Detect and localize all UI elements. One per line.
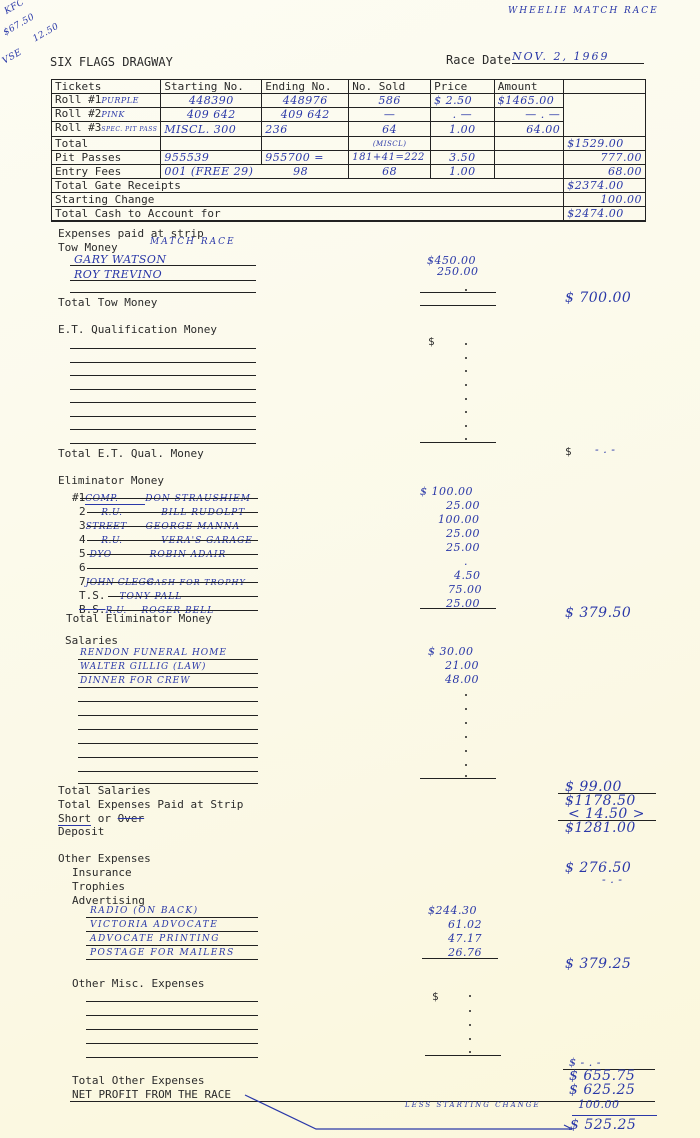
advertising-entry-name: RADIO (ON BACK)	[90, 906, 199, 916]
col-header-starting: Starting No.	[161, 80, 262, 94]
tickets-table: Tickets Starting No. Ending No. No. Sold…	[51, 79, 646, 222]
net-profit-label: NET PROFIT FROM THE RACE	[72, 1088, 231, 1101]
list-item: B.S.R.U.ROGER BELL	[72, 598, 262, 612]
misc-expenses-label: Other Misc. Expenses	[72, 977, 204, 990]
row-label: Roll #1PURPLE	[52, 94, 161, 108]
advertising-entry-name: ADVOCATE PRINTING	[90, 934, 220, 944]
col-header-ending: Ending No.	[262, 80, 349, 94]
table-header-row: Tickets Starting No. Ending No. No. Sold…	[52, 80, 646, 94]
tow-entry-amount: 250.00	[437, 265, 479, 278]
table-row: Pit Passes 955539 955700 = 181+41=222 3.…	[52, 151, 646, 165]
table-row: Total (MISCL) $1529.00	[52, 137, 646, 151]
table-row: Roll #2PINK 409 642 409 642 — . — — . —	[52, 108, 646, 122]
amount-value: $1465.00	[498, 94, 555, 107]
et-total-label: Total E.T. Qual. Money	[58, 447, 204, 460]
eliminator-total-value: $ 379.50	[565, 605, 631, 621]
arrow-connector-icon	[240, 1090, 580, 1130]
salary-entry-amount: $ 30.00	[428, 645, 474, 658]
price-value: $ 2.50	[434, 94, 472, 107]
eliminator-amounts: $ 100.00 25.00 100.00 25.00 25.00 . 4.50…	[420, 485, 490, 609]
list-item: T.S.TONY PALL	[72, 584, 262, 598]
final-profit-value: $ 525.25	[570, 1117, 636, 1133]
start-value: 448390	[189, 94, 234, 107]
eliminator-list: #1COMP.DON STRAUSHIEM 2 R.U.BILL RUDOLPT…	[72, 486, 262, 612]
et-total-dollar: $	[565, 445, 572, 458]
less-starting-change-value: 100.00	[578, 1098, 620, 1111]
et-qual-label: E.T. Qualification Money	[58, 323, 217, 336]
advertising-total: $ 379.25	[565, 956, 631, 972]
col-header-total	[564, 80, 646, 94]
sold-value: 586	[378, 94, 401, 107]
margin-note-kfc: KFC	[3, 0, 26, 17]
list-item: 5DYOROBIN ADAIR	[72, 542, 262, 556]
et-total-value: - . -	[595, 443, 615, 456]
summary-row-cash: Total Cash to Account for $2474.00	[52, 207, 646, 222]
summary-row-change: Starting Change 100.00	[52, 193, 646, 207]
margin-note-vse: VSE	[1, 47, 24, 66]
list-item: 6	[72, 556, 262, 570]
salaries-label: Salaries	[65, 634, 118, 647]
table-row: Roll #1PURPLE 448390 448976 586 $ 2.50 $…	[52, 94, 646, 108]
col-header-tickets: Tickets	[52, 80, 161, 94]
insurance-label: Insurance	[72, 866, 132, 879]
total-expenses-paid-label: Total Expenses Paid at Strip	[58, 798, 243, 811]
race-date-value: NOV. 2, 1969	[512, 50, 644, 64]
over-label: Over	[118, 812, 145, 825]
total-tow-value: $ 700.00	[565, 290, 631, 306]
advertising-entry-name: POSTAGE FOR MAILERS	[90, 948, 235, 958]
deposit-label: Deposit	[58, 825, 104, 838]
list-item: #1COMP.DON STRAUSHIEM	[72, 486, 262, 500]
list-item: 7JOHN CLEGGCASH FOR TROPHY	[72, 570, 262, 584]
col-header-amount: Amount	[494, 80, 564, 94]
margin-note-vse-amount: 12.50	[31, 22, 60, 45]
trophies-label: Trophies	[72, 880, 125, 893]
tow-money-note: MATCH RACE	[150, 237, 236, 247]
et-dollar: $	[428, 335, 435, 348]
salary-entry-amount: 48.00	[445, 673, 479, 686]
salary-entry-name: DINNER FOR CREW	[80, 676, 190, 686]
deposit-value: $1281.00	[565, 820, 636, 836]
short-label: Short	[58, 812, 91, 826]
table-row: Entry Fees 001 (FREE 29) 98 68 1.00 68.0…	[52, 165, 646, 179]
race-date-label: Race Date	[446, 53, 511, 67]
advertising-entry-amount: 47.17	[448, 932, 482, 945]
end-value: 448976	[283, 94, 328, 107]
trophies-value: - . -	[602, 873, 622, 886]
col-header-sold: No. Sold	[349, 80, 431, 94]
misc-dollar: $	[432, 990, 439, 1003]
total-tow-label: Total Tow Money	[58, 296, 157, 309]
event-note: WHEELIE MATCH RACE	[508, 6, 659, 16]
page-title: SIX FLAGS DRAGWAY	[50, 55, 173, 69]
tickets-total: $1529.00	[567, 137, 624, 150]
advertising-entry-name: VICTORIA ADVOCATE	[90, 920, 218, 930]
salary-entry-amount: 21.00	[445, 659, 479, 672]
total-other-expenses-label: Total Other Expenses	[72, 1074, 204, 1087]
summary-row-gate: Total Gate Receipts $2374.00	[52, 179, 646, 193]
advertising-entry-amount: 61.02	[448, 918, 482, 931]
eliminator-total-label: Total Eliminator Money	[66, 612, 212, 625]
table-row: Roll #3SPEC. PIT PASS MISCL. 300 236 64 …	[52, 122, 646, 137]
total-salaries-label: Total Salaries	[58, 784, 151, 797]
col-header-price: Price	[431, 80, 495, 94]
list-item: 2 R.U.BILL RUDOLPT	[72, 500, 262, 514]
salary-entry-name: RENDON FUNERAL HOME	[80, 648, 227, 658]
salary-entry-name: WALTER GILLIG (LAW)	[80, 662, 206, 672]
list-item: 4 R.U.VERA'S GARAGE	[72, 528, 262, 542]
list-item: 3STREETGEORGE MANNA	[72, 514, 262, 528]
short-or-over: Short or Over	[58, 812, 144, 825]
advertising-entry-amount: $244.30	[428, 904, 477, 917]
other-expenses-label: Other Expenses	[58, 852, 151, 865]
